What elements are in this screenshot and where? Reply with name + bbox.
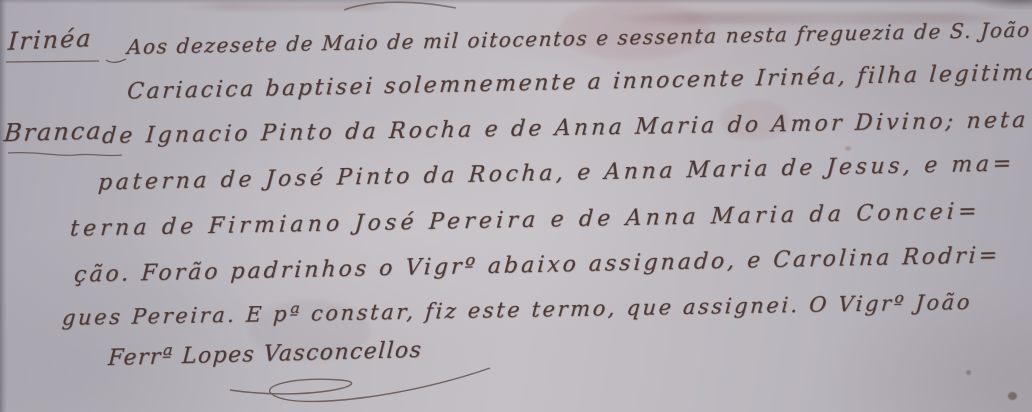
previous-record-flourish	[340, 0, 460, 14]
margin-note-child-name: Irinéa	[7, 24, 93, 56]
manuscript-line: terna de Firmiano José Pereira e de Anna…	[69, 199, 981, 242]
page-top-edge	[0, 0, 1032, 4]
manuscript-line: de Ignacio Pinto da Rocha e de Anna Mari…	[101, 108, 1029, 149]
manuscript-line: Cariacica baptisei solemnemente a innoce…	[126, 60, 1032, 104]
scanned-baptismal-record: Irinéa Branca Aos dezesete de Maio de mi…	[0, 0, 1032, 412]
manuscript-line: gues Pereira. E pª constar, fiz este ter…	[61, 290, 973, 330]
ink-speck	[966, 370, 971, 375]
top-right-smudge	[972, 0, 1032, 10]
ink-speck	[845, 146, 851, 151]
margin-race-underline	[6, 148, 126, 162]
signature-flourish	[190, 362, 510, 410]
ink-speck	[1008, 392, 1017, 400]
manuscript-line: ção. Forão padrinhos o Vigrº abaixo assi…	[73, 243, 1001, 287]
manuscript-line: paterna de José Pinto da Rocha, e Anna M…	[97, 151, 1015, 195]
margin-note-race: Branca	[3, 117, 104, 148]
margin-name-underline	[4, 56, 129, 68]
